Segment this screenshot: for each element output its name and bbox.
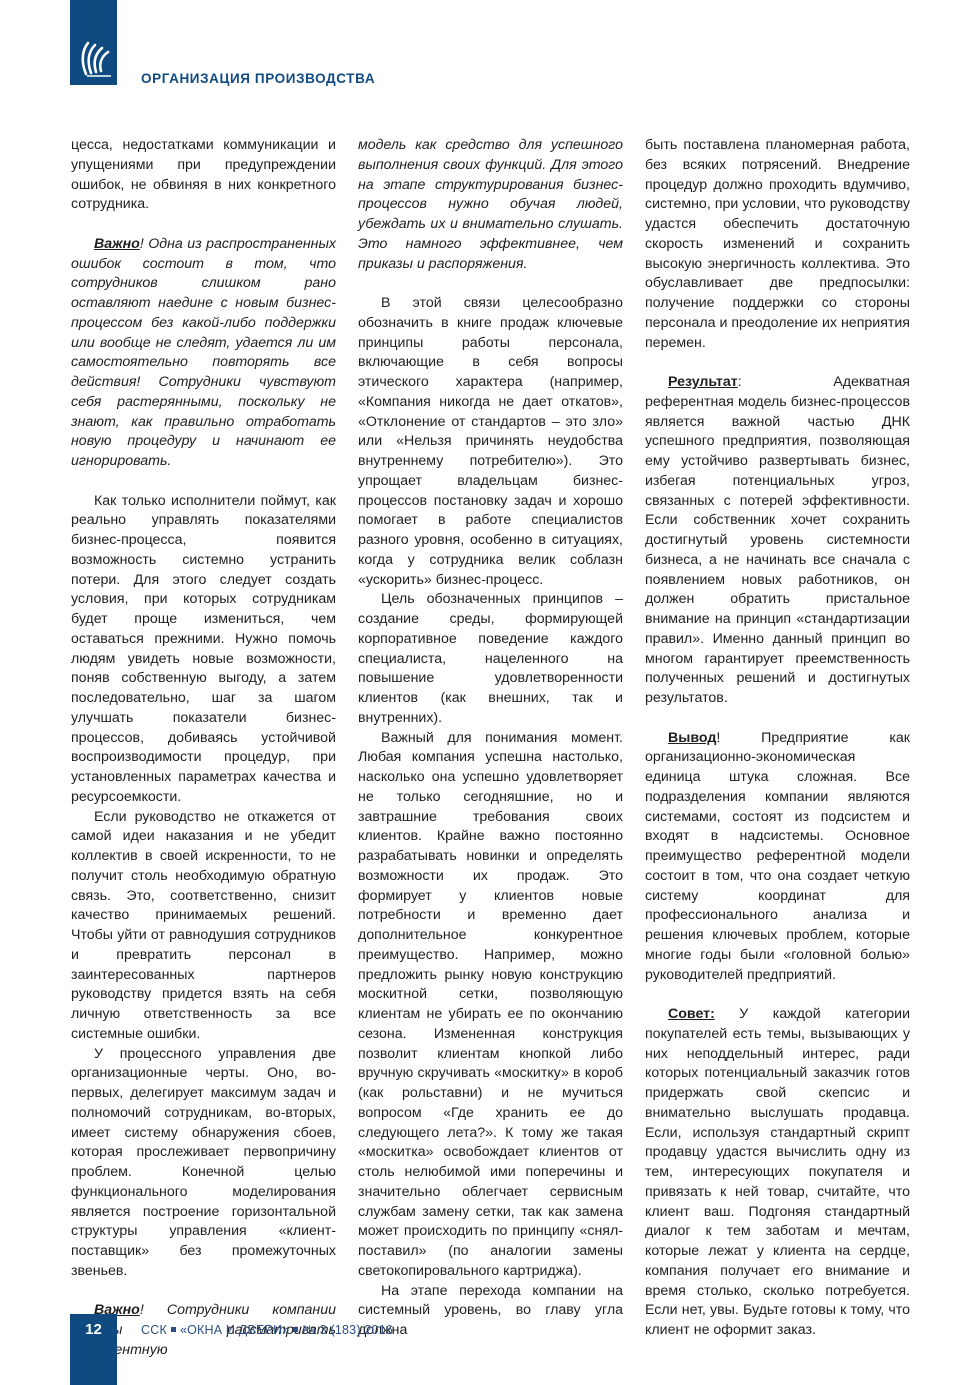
- paragraph: Важный для понимания момент. Любая компа…: [358, 729, 623, 1282]
- article-column-3: быть поставлена планомерная работа, без …: [645, 136, 910, 1341]
- issue-number: № 3 (183) 2016: [302, 1323, 393, 1337]
- footer-line: ССК«ОКНА И ДВЕРИ»№ 3 (183) 2016: [141, 1323, 393, 1337]
- paragraph: модель как средство для успешного выполн…: [358, 136, 623, 274]
- article-column-2: модель как средство для успешного выполн…: [358, 136, 623, 1341]
- note-lead: Результат: [668, 374, 738, 390]
- separator-square-icon: [293, 1327, 298, 1332]
- paragraph: У процессного управления две организацио…: [71, 1045, 336, 1282]
- conclusion-note: Вывод! Предприятие как организационно-эк…: [645, 729, 910, 986]
- paragraph: Если руководство не откажется от самой и…: [71, 808, 336, 1045]
- advice-note: Совет: У каждой категории покупателей ес…: [645, 1005, 910, 1341]
- note-text: Одна из распространенных ошибок состоит …: [71, 236, 336, 469]
- note-text: У каждой категории покупателей есть темы…: [645, 1006, 910, 1338]
- important-note: Важно! Одна из распространенных ошибок с…: [71, 235, 336, 472]
- paragraph: цесса, недостатками коммуникации и упуще…: [71, 136, 336, 215]
- note-lead: Совет:: [668, 1006, 715, 1022]
- note-text: Предприятие как организационно-экономиче…: [645, 730, 910, 983]
- article-column-1: цесса, недостатками коммуникации и упуще…: [71, 136, 336, 1361]
- section-title: ОРГАНИЗАЦИЯ ПРОИЗВОДСТВА: [141, 71, 375, 86]
- note-text: Адекватная референтная модель бизнес-про…: [645, 374, 910, 706]
- paragraph: Цель обозначенных принципов – создание с…: [358, 590, 623, 728]
- result-note: Результат: Адекватная референтная модель…: [645, 373, 910, 709]
- note-lead: Вывод: [668, 730, 716, 746]
- paragraph: На этапе перехода компании на системный …: [358, 1282, 623, 1341]
- footer-accent-bar: 12: [70, 1314, 117, 1385]
- paragraph: В этой связи целесообразно обозначить в …: [358, 294, 623, 590]
- paragraph: быть поставлена планомерная работа, без …: [645, 136, 910, 353]
- publisher: ССК: [141, 1323, 167, 1337]
- note-lead: Важно: [94, 236, 140, 252]
- header-accent-bar: [70, 0, 117, 85]
- paragraph: Как только исполнители поймут, как реаль…: [71, 492, 336, 808]
- page-number: 12: [70, 1321, 117, 1338]
- logo-icon: [78, 40, 112, 80]
- separator-square-icon: [171, 1327, 176, 1332]
- magazine-name: «ОКНА И ДВЕРИ»: [180, 1323, 289, 1337]
